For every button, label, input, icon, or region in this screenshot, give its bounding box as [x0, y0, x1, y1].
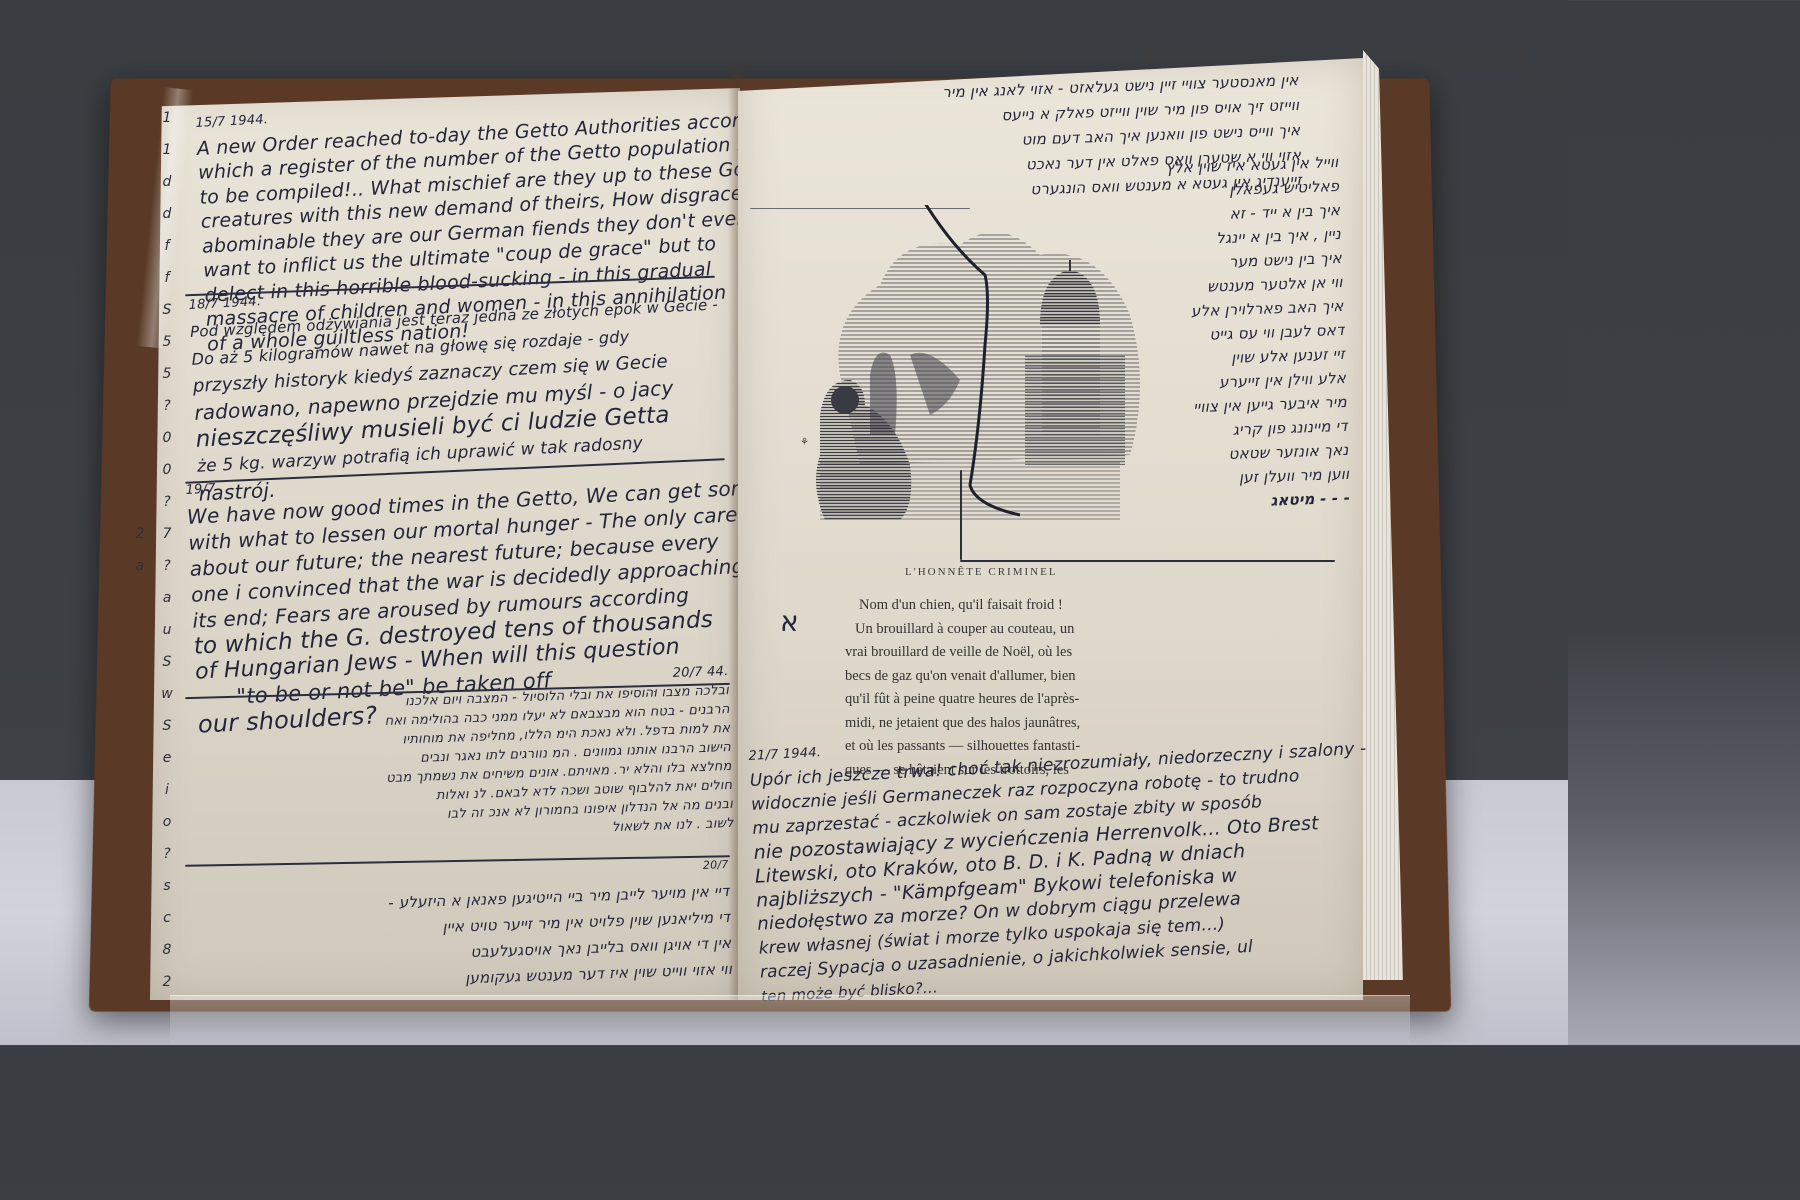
left-margin-notes: 1 1 d d f f S 5 5 ? 0 0 ? 7 ? a u S w S … [158, 110, 180, 990]
margin-note: א [780, 605, 799, 638]
divider-line [960, 560, 1335, 562]
printed-line: qu'il fût à peine quatre heures de l'apr… [845, 688, 1155, 712]
printed-line: vrai brouillard de veille de Noël, où le… [845, 641, 1155, 665]
illustrator-signature: ⚘ [800, 437, 809, 448]
running-head: L'HONNÊTE CRIMINEL [905, 566, 1058, 578]
printed-line: Nom d'un chien, qu'il faisait froid ! [845, 594, 1155, 618]
diary-entry-21-7-1944: 21/7 1944. Upór ich jeszcze trwa! choć t… [748, 713, 1378, 1009]
acrylic-stand [170, 995, 1410, 1045]
diary-entry-20-7-44-hebrew: 20/7 44. ובלכה מצבו וּהוסיפו את ובלי הלו… [183, 662, 734, 852]
printed-line: Un brouillard à couper au couteau, un [845, 618, 1155, 642]
diary-entry-20-7-yiddish: 20/7 דיי אין מויער לייבן מיר ביי הייטיגע… [183, 852, 732, 1001]
printed-line: becs de gaz qu'on venait d'allumer, bien [845, 665, 1155, 689]
divider-line [960, 470, 962, 560]
engraving-illustration: ⚘ [800, 205, 1160, 535]
right-side-yiddish-entry: ווייל אין געטא איז שוין אלץ פאליטיש געפא… [1138, 150, 1350, 517]
